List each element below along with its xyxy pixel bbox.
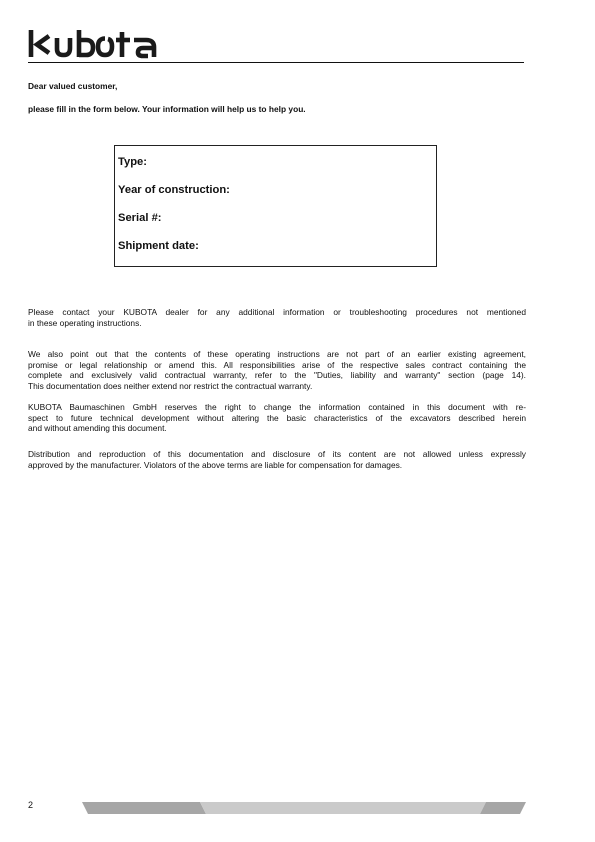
- footer-decorative-bar: [82, 801, 528, 813]
- form-field-shipment-date: Shipment date:: [118, 240, 199, 252]
- form-field-year-of-construction: Year of construction:: [118, 184, 230, 196]
- paragraph-line: promise or legal relationship or amend t…: [28, 360, 526, 371]
- intro-text: please fill in the form below. Your info…: [28, 104, 306, 114]
- paragraph-line: in these operating instructions.: [28, 318, 526, 329]
- footer-band-icon: [82, 802, 528, 814]
- kubota-wordmark-icon: Kubota: [28, 29, 158, 59]
- paragraph-line: Please contact your KUBOTA dealer for an…: [28, 307, 526, 318]
- paragraph-warranty-notice: We also point out that the contents of t…: [28, 349, 526, 391]
- kubota-logo: Kubota: [28, 29, 158, 59]
- paragraph-dealer-contact: Please contact your KUBOTA dealer for an…: [28, 307, 526, 328]
- paragraph-line: KUBOTA Baumaschinen GmbH reserves the ri…: [28, 402, 526, 413]
- paragraph-line: approved by the manufacturer. Violators …: [28, 460, 526, 471]
- paragraph-distribution: Distribution and reproduction of this do…: [28, 449, 526, 470]
- paragraph-line: We also point out that the contents of t…: [28, 349, 526, 360]
- paragraph-line: This documentation does neither extend n…: [28, 381, 526, 392]
- customer-info-form: Type: Year of construction: Serial #: Sh…: [114, 145, 437, 267]
- paragraph-change-rights: KUBOTA Baumaschinen GmbH reserves the ri…: [28, 402, 526, 434]
- paragraph-line: spect to future technical development wi…: [28, 413, 526, 424]
- page-number: 2: [28, 800, 33, 810]
- header-divider: [28, 62, 524, 63]
- paragraph-line: and without amending this document.: [28, 423, 526, 434]
- paragraph-line: complete and exclusively valid contractu…: [28, 370, 526, 381]
- form-field-serial-number: Serial #:: [118, 212, 162, 224]
- greeting-text: Dear valued customer,: [28, 81, 117, 91]
- paragraph-line: Distribution and reproduction of this do…: [28, 449, 526, 460]
- form-field-type: Type:: [118, 156, 147, 168]
